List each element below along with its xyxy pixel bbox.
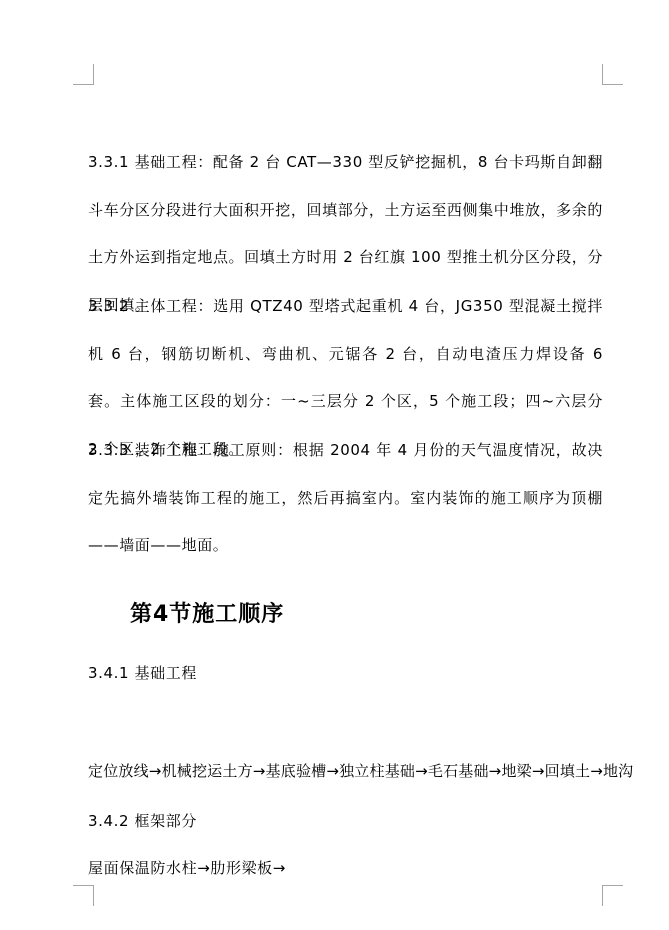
- text-boundary-mark-top-right: [602, 64, 623, 85]
- text-boundary-mark-top-left: [73, 64, 94, 85]
- paragraph-decoration-works: 3.3.3 装饰工程：施工原则：根据 2004 年 4 月份的天气温度情况，故决…: [88, 427, 603, 570]
- text-boundary-mark-bottom-right: [602, 885, 623, 906]
- construction-flow-foundation: 定位放线→机械挖运土方→基底验槽→独立柱基础→毛石基础→地梁→回填土→地沟: [88, 762, 603, 780]
- document-page: 3.3.1 基础工程：配备 2 台 CAT—330 型反铲挖掘机，8 台卡玛斯自…: [0, 0, 669, 930]
- construction-flow-frame: 屋面保温防水柱→肋形梁板→: [88, 859, 603, 877]
- text-boundary-mark-bottom-left: [73, 885, 94, 906]
- section-heading-construction-sequence: 第4节施工顺序: [130, 597, 284, 628]
- subsection-label-frame: 3.4.2 框架部分: [88, 812, 603, 830]
- subsection-label-foundation: 3.4.1 基础工程: [88, 664, 603, 682]
